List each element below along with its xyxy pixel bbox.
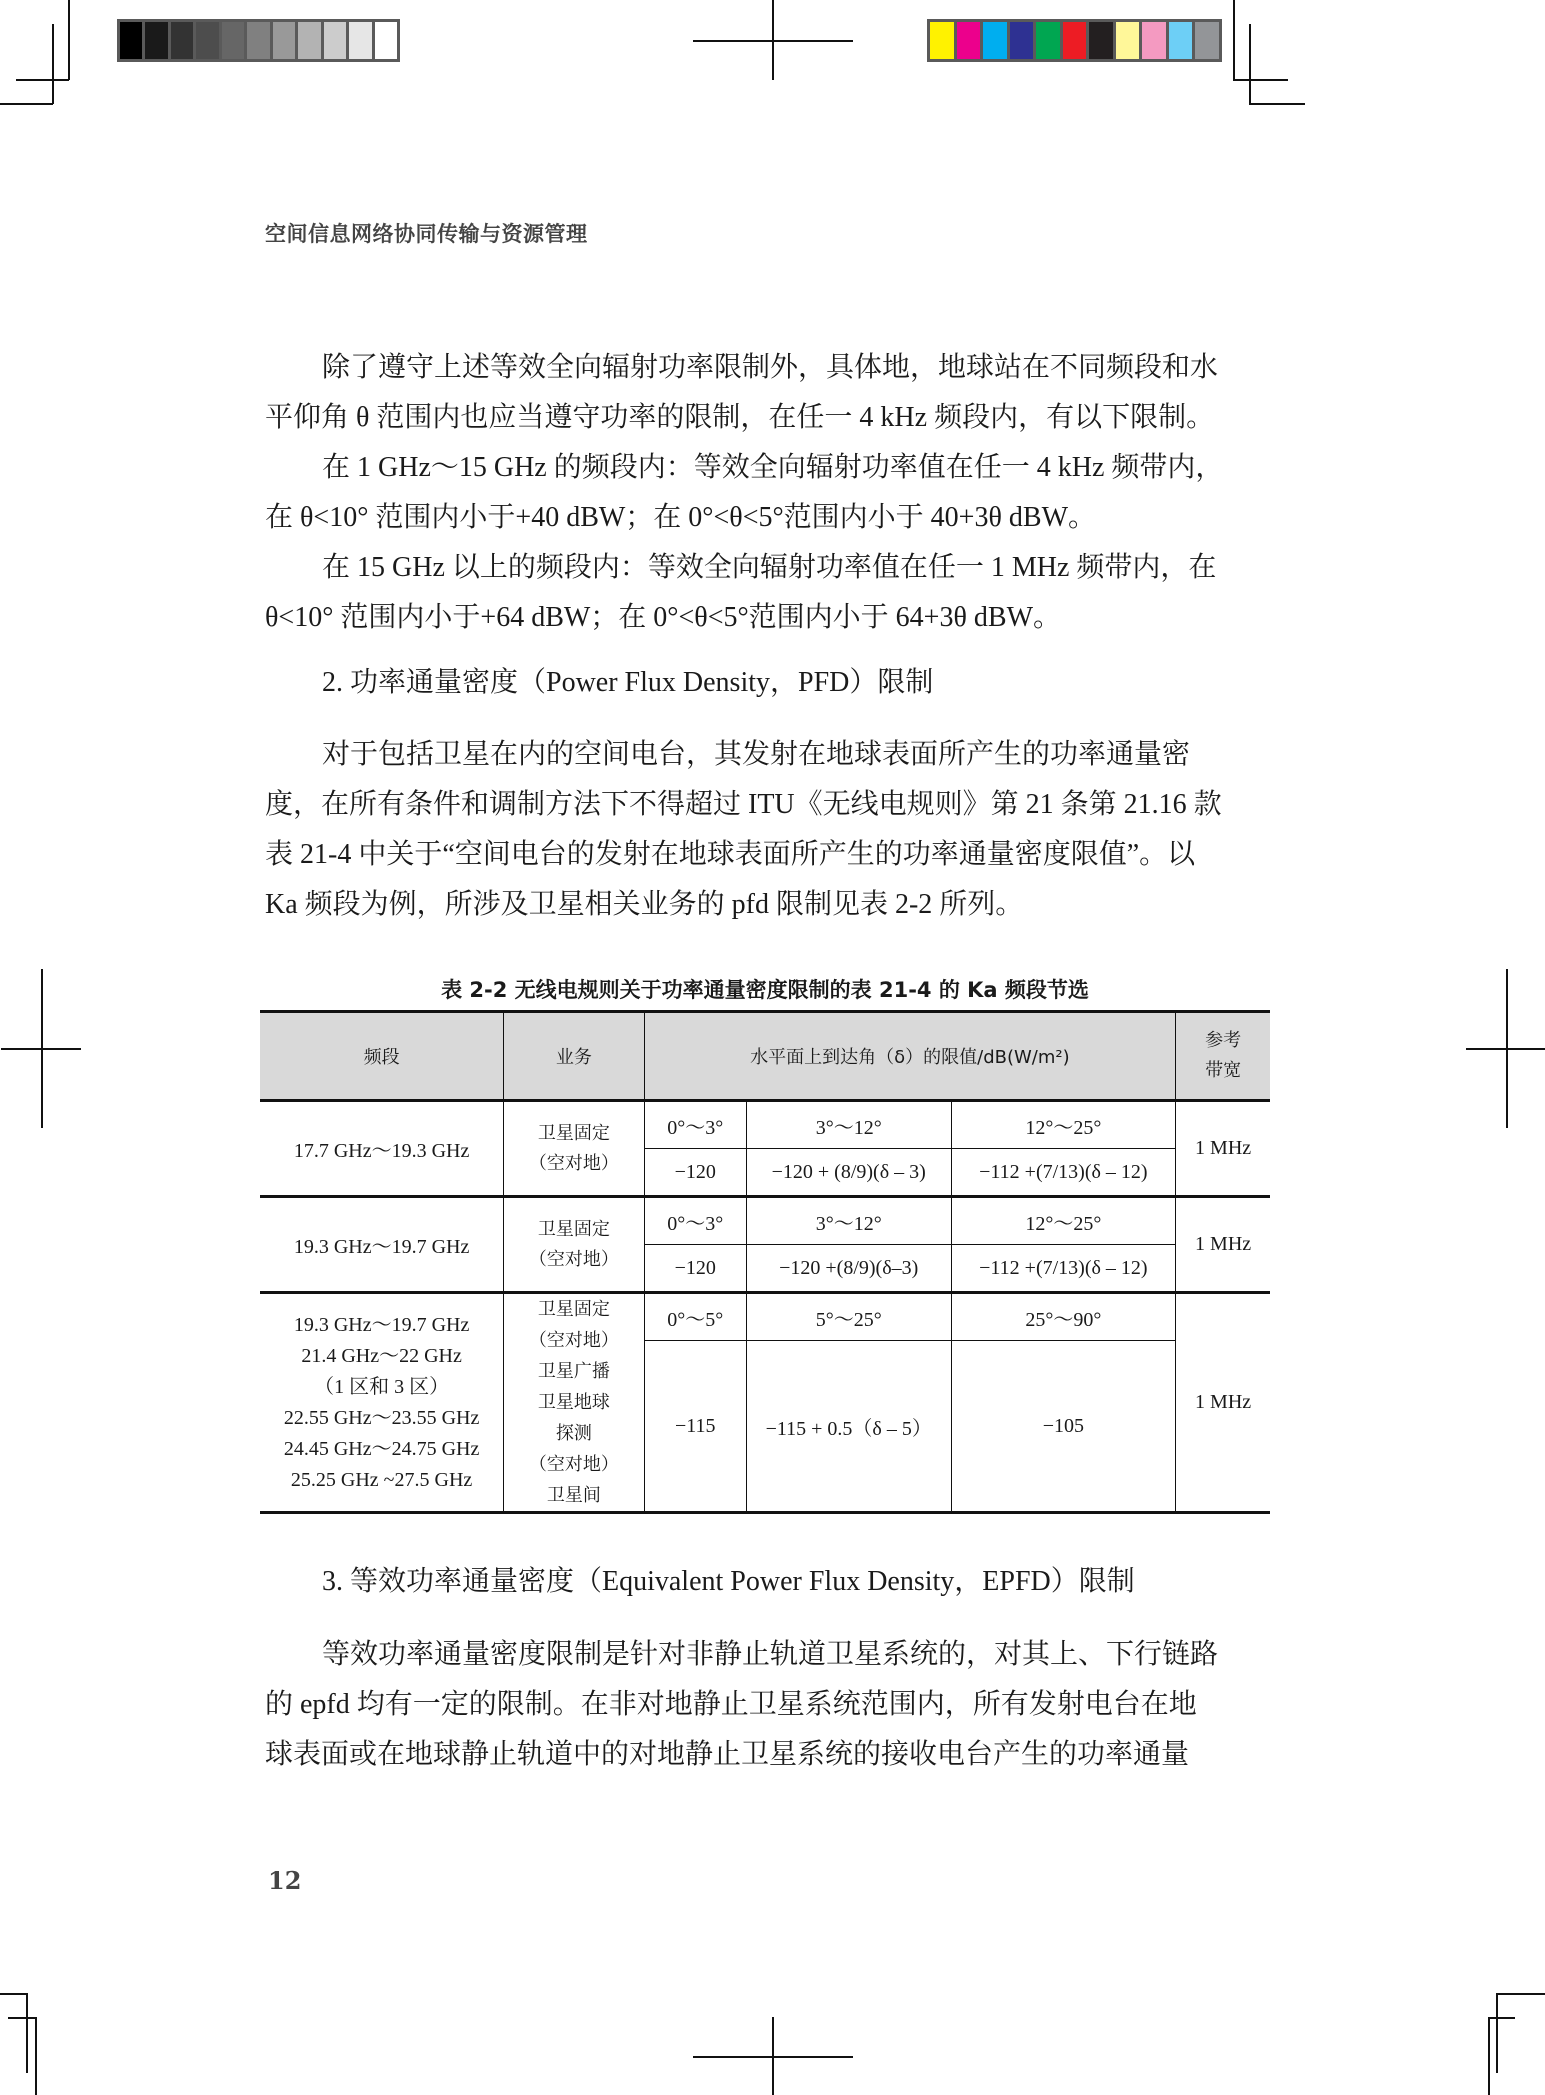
header-bandwidth-line: 参考 xyxy=(1180,1026,1266,1056)
crop-mark-line xyxy=(1496,1993,1498,2073)
service-line: （空对地） xyxy=(508,1449,639,1480)
limit-cell: −120 xyxy=(644,1149,746,1197)
band-line: 24.45 GHz～24.75 GHz xyxy=(264,1434,499,1465)
color-swatch xyxy=(375,22,397,59)
header-bandwidth: 参考 带宽 xyxy=(1176,1012,1270,1101)
crop-mark-line xyxy=(1466,1048,1545,1050)
text-line: θ<10° 范围内小于+64 dBW；在 0°<θ<5°范围内小于 64+3θ … xyxy=(265,593,1265,643)
bandwidth-cell: 1 MHz xyxy=(1176,1293,1270,1513)
angle-cell: 5°～25° xyxy=(746,1293,951,1341)
section-heading: 3. 等效功率通量密度（Equivalent Power Flux Densit… xyxy=(322,1562,1135,1602)
text-line: 表 21-4 中关于“空间电台的发射在地球表面所产生的功率通量密度限值”。以 xyxy=(265,830,1265,880)
band-line: 19.3 GHz～19.7 GHz xyxy=(264,1310,499,1341)
text-line: 平仰角 θ 范围内也应当遵守功率的限制，在任一 4 kHz 频段内，有以下限制。 xyxy=(265,393,1265,443)
crop-mark-line xyxy=(35,2017,37,2095)
table-row: 17.7 GHz～19.3 GHz 卫星固定 （空对地） 0°～3° 3°～12… xyxy=(260,1101,1270,1149)
color-swatch xyxy=(1116,22,1140,59)
service-line: 卫星地球 xyxy=(508,1387,639,1418)
running-head: 空间信息网络协同传输与资源管理 xyxy=(265,218,588,248)
header-limit: 水平面上到达角（δ）的限值/dB(W/m²) xyxy=(644,1012,1176,1101)
paragraph: 对于包括卫星在内的空间电台，其发射在地球表面所产生的功率通量密 度，在所有条件和… xyxy=(265,730,1265,930)
color-swatch xyxy=(222,22,244,59)
bandwidth-cell: 1 MHz xyxy=(1176,1197,1270,1293)
header-service: 业务 xyxy=(504,1012,644,1101)
limit-cell: −115 xyxy=(644,1341,746,1513)
color-swatch xyxy=(298,22,320,59)
angle-cell: 12°～25° xyxy=(951,1197,1176,1245)
crop-mark-line xyxy=(1233,0,1235,80)
text-line: 除了遵守上述等效全向辐射功率限制外，具体地，地球站在不同频段和水 xyxy=(265,343,1265,393)
color-swatch xyxy=(120,22,142,59)
paragraph: 在 15 GHz 以上的频段内：等效全向辐射功率值在任一 1 MHz 频带内，在… xyxy=(265,543,1265,643)
crop-mark-line xyxy=(52,24,54,104)
band-line: 25.25 GHz ~27.5 GHz xyxy=(264,1465,499,1496)
paragraph: 在 1 GHz～15 GHz 的频段内：等效全向辐射功率值在任一 4 kHz 频… xyxy=(265,443,1265,543)
crop-mark-line xyxy=(1233,79,1288,81)
crop-mark-line xyxy=(693,40,853,42)
text-line: 在 θ<10° 范围内小于+40 dBW；在 0°<θ<5°范围内小于 40+3… xyxy=(265,493,1265,543)
limit-cell: −112 +(7/13)(δ – 12) xyxy=(951,1245,1176,1293)
angle-cell: 0°～5° xyxy=(644,1293,746,1341)
text-line: 的 epfd 均有一定的限制。在非对地静止卫星系统范围内，所有发射电台在地 xyxy=(265,1680,1265,1730)
crop-mark-line xyxy=(1249,24,1251,104)
service-line: 卫星广播 xyxy=(508,1356,639,1387)
color-swatch xyxy=(1010,22,1034,59)
text-line: 球表面或在地球静止轨道中的对地静止卫星系统的接收电台产生的功率通量 xyxy=(265,1730,1265,1780)
section-heading: 2. 功率通量密度（Power Flux Density，PFD）限制 xyxy=(322,663,933,703)
header-bandwidth-line: 带宽 xyxy=(1180,1056,1266,1086)
service-cell: 卫星固定 （空对地） 卫星广播 卫星地球 探测 （空对地） 卫星间 xyxy=(504,1293,644,1513)
text-line: 等效功率通量密度限制是针对非静止轨道卫星系统的，对其上、下行链路 xyxy=(265,1630,1265,1680)
service-line: （空对地） xyxy=(508,1149,639,1179)
paragraph: 除了遵守上述等效全向辐射功率限制外，具体地，地球站在不同频段和水 平仰角 θ 范… xyxy=(265,343,1265,443)
crop-mark-line xyxy=(0,1993,27,1995)
color-swatch xyxy=(983,22,1007,59)
service-cell: 卫星固定 （空对地） xyxy=(504,1101,644,1197)
service-line: 卫星固定 xyxy=(508,1215,639,1245)
band-cell: 19.3 GHz～19.7 GHz 21.4 GHz～22 GHz （1 区和 … xyxy=(260,1293,504,1513)
crop-mark-line xyxy=(1496,1993,1545,1995)
color-swatch xyxy=(171,22,193,59)
crop-mark-line xyxy=(1249,103,1305,105)
page-number: 12 xyxy=(268,1866,301,1895)
angle-cell: 25°～90° xyxy=(951,1293,1176,1341)
crop-mark-line xyxy=(68,0,70,80)
angle-cell: 3°～12° xyxy=(746,1101,951,1149)
band-line: 21.4 GHz～22 GHz xyxy=(264,1341,499,1372)
service-line: （空对地） xyxy=(508,1245,639,1275)
header-band: 频段 xyxy=(260,1012,504,1101)
table-row: 19.3 GHz～19.7 GHz 卫星固定 （空对地） 0°～3° 3°～12… xyxy=(260,1197,1270,1245)
band-line: 22.55 GHz～23.55 GHz xyxy=(264,1403,499,1434)
text-line: 度，在所有条件和调制方法下不得超过 ITU《无线电规则》第 21 条第 21.1… xyxy=(265,780,1265,830)
color-swatch xyxy=(349,22,371,59)
crop-mark-line xyxy=(26,1993,28,2073)
table-row: 19.3 GHz～19.7 GHz 21.4 GHz～22 GHz （1 区和 … xyxy=(260,1293,1270,1341)
band-cell: 17.7 GHz～19.3 GHz xyxy=(260,1101,504,1197)
text-line: Ka 频段为例，所涉及卫星相关业务的 pfd 限制见表 2-2 所列。 xyxy=(265,880,1265,930)
table-caption: 表 2-2 无线电规则关于功率通量密度限制的表 21-4 的 Ka 频段节选 xyxy=(260,974,1270,1004)
crop-mark-line xyxy=(693,2056,853,2058)
color-swatch xyxy=(273,22,295,59)
band-cell: 19.3 GHz～19.7 GHz xyxy=(260,1197,504,1293)
crop-mark-line xyxy=(16,79,69,81)
service-cell: 卫星固定 （空对地） xyxy=(504,1197,644,1293)
service-line: 探测 xyxy=(508,1418,639,1449)
crop-mark-line xyxy=(8,2017,36,2019)
angle-cell: 0°～3° xyxy=(644,1197,746,1245)
color-swatch xyxy=(247,22,269,59)
color-swatch xyxy=(145,22,167,59)
bandwidth-cell: 1 MHz xyxy=(1176,1101,1270,1197)
crop-mark-line xyxy=(0,103,53,105)
text-line: 对于包括卫星在内的空间电台，其发射在地球表面所产生的功率通量密 xyxy=(265,730,1265,780)
paragraph: 等效功率通量密度限制是针对非静止轨道卫星系统的，对其上、下行链路 的 epfd … xyxy=(265,1630,1265,1780)
angle-cell: 12°～25° xyxy=(951,1101,1176,1149)
color-swatch xyxy=(930,22,954,59)
service-line: 卫星固定 xyxy=(508,1294,639,1325)
service-line: （空对地） xyxy=(508,1325,639,1356)
color-swatch xyxy=(196,22,218,59)
limit-cell: −120 +(8/9)(δ–3) xyxy=(746,1245,951,1293)
crop-mark-line xyxy=(1488,2017,1490,2095)
table-header-row: 频段 业务 水平面上到达角（δ）的限值/dB(W/m²) 参考 带宽 xyxy=(260,1012,1270,1101)
limit-cell: −105 xyxy=(951,1341,1176,1513)
crop-mark-line xyxy=(1488,2017,1515,2019)
color-swatch xyxy=(1195,22,1219,59)
color-swatch xyxy=(1063,22,1087,59)
limit-cell: −120 xyxy=(644,1245,746,1293)
service-line: 卫星固定 xyxy=(508,1119,639,1149)
color-swatch xyxy=(324,22,346,59)
color-swatch xyxy=(1036,22,1060,59)
pfd-limits-table: 频段 业务 水平面上到达角（δ）的限值/dB(W/m²) 参考 带宽 17.7 … xyxy=(260,1010,1270,1514)
text-line: 在 15 GHz 以上的频段内：等效全向辐射功率值在任一 1 MHz 频带内，在 xyxy=(265,543,1265,593)
color-swatch xyxy=(1142,22,1166,59)
angle-cell: 3°～12° xyxy=(746,1197,951,1245)
limit-cell: −120 + (8/9)(δ – 3) xyxy=(746,1149,951,1197)
color-swatch xyxy=(957,22,981,59)
color-swatch xyxy=(1089,22,1113,59)
angle-cell: 0°～3° xyxy=(644,1101,746,1149)
limit-cell: −115 + 0.5（δ – 5） xyxy=(746,1341,951,1513)
color-swatch xyxy=(1169,22,1193,59)
band-line: （1 区和 3 区） xyxy=(264,1372,499,1403)
color-calibration-bar xyxy=(927,19,1222,62)
grayscale-calibration-bar xyxy=(117,19,400,62)
service-line: 卫星间 xyxy=(508,1480,639,1511)
limit-cell: −112 +(7/13)(δ – 12) xyxy=(951,1149,1176,1197)
crop-mark-line xyxy=(1,1048,81,1050)
text-line: 在 1 GHz～15 GHz 的频段内：等效全向辐射功率值在任一 4 kHz 频… xyxy=(265,443,1265,493)
